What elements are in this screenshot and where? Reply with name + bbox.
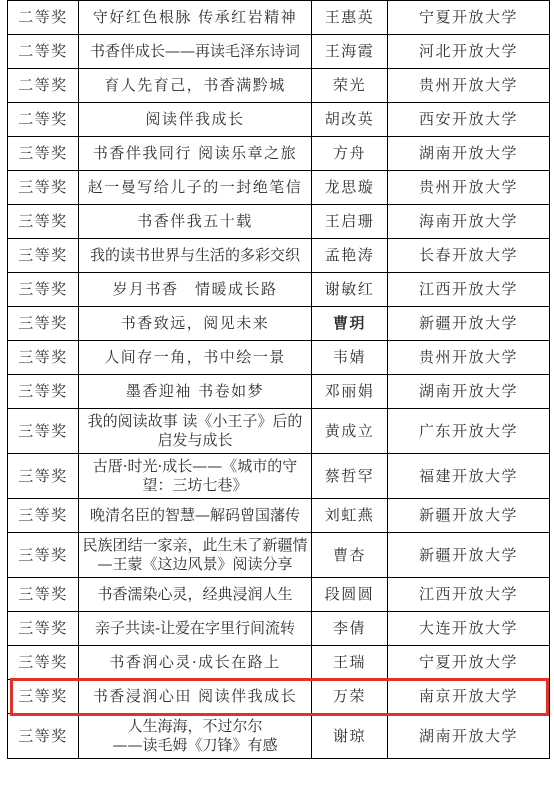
award-cell: 三等奖: [8, 612, 79, 646]
award-cell: 三等奖: [8, 341, 79, 375]
award-cell: 三等奖: [8, 578, 79, 612]
name-cell: 邓丽娟: [312, 375, 388, 409]
school-cell: 福建开放大学: [388, 454, 550, 499]
school-cell: 宁夏开放大学: [388, 1, 550, 35]
table-row: 三等奖 我的读书世界与生活的多彩交织 孟艳涛 长春开放大学: [8, 239, 550, 273]
name-cell: 孟艳涛: [312, 239, 388, 273]
table-row: 二等奖 书香伴成长——再读毛泽东诗词 王海霞 河北开放大学: [8, 35, 550, 69]
school-cell: 长春开放大学: [388, 239, 550, 273]
name-cell: 李倩: [312, 612, 388, 646]
title-cell: 古厝·时光·成长——《城市的守望：三坊七巷》: [79, 454, 312, 499]
name-cell: 万荣: [312, 680, 388, 714]
name-cell: 蔡哲罕: [312, 454, 388, 499]
award-cell: 三等奖: [8, 375, 79, 409]
title-cell: 书香伴成长——再读毛泽东诗词: [79, 35, 312, 69]
school-cell: 贵州开放大学: [388, 341, 550, 375]
title-cell: 书香浸润心田 阅读伴我成长: [79, 680, 312, 714]
school-cell: 海南开放大学: [388, 205, 550, 239]
name-cell: 黄成立: [312, 409, 388, 454]
table-row: 三等奖 岁月书香 情暖成长路 谢敏红 江西开放大学: [8, 273, 550, 307]
title-cell: 人间存一角，书中绘一景: [79, 341, 312, 375]
awards-table: 二等奖 守好红色根脉 传承红岩精神 王惠英 宁夏开放大学 二等奖 书香伴成长——…: [7, 0, 550, 759]
award-cell: 三等奖: [8, 307, 79, 341]
school-cell: 大连开放大学: [388, 612, 550, 646]
school-cell: 新疆开放大学: [388, 533, 550, 578]
name-cell: 王海霞: [312, 35, 388, 69]
table-row: 三等奖 古厝·时光·成长——《城市的守望：三坊七巷》 蔡哲罕 福建开放大学: [8, 454, 550, 499]
school-cell: 江西开放大学: [388, 273, 550, 307]
school-cell: 新疆开放大学: [388, 307, 550, 341]
name-cell: 方舟: [312, 137, 388, 171]
school-cell: 西安开放大学: [388, 103, 550, 137]
table-row: 二等奖 阅读伴我成长 胡改英 西安开放大学: [8, 103, 550, 137]
name-cell: 胡改英: [312, 103, 388, 137]
name-cell: 曹玥: [312, 307, 388, 341]
table-row: 三等奖 人间存一角，书中绘一景 韦婧 贵州开放大学: [8, 341, 550, 375]
school-cell: 宁夏开放大学: [388, 646, 550, 680]
title-cell: 书香濡染心灵，经典浸润人生: [79, 578, 312, 612]
title-cell: 育人先育己，书香满黔城: [79, 69, 312, 103]
school-cell: 江西开放大学: [388, 578, 550, 612]
table-row: 二等奖 守好红色根脉 传承红岩精神 王惠英 宁夏开放大学: [8, 1, 550, 35]
title-cell: 民族团结一家亲，此生未了新疆情—王蒙《这边风景》阅读分享: [79, 533, 312, 578]
award-cell: 三等奖: [8, 499, 79, 533]
award-cell: 二等奖: [8, 35, 79, 69]
school-cell: 新疆开放大学: [388, 499, 550, 533]
table-row: 三等奖 赵一曼写给儿子的一封绝笔信 龙思璇 贵州开放大学: [8, 171, 550, 205]
award-cell: 三等奖: [8, 205, 79, 239]
award-cell: 三等奖: [8, 454, 79, 499]
name-cell: 荣光: [312, 69, 388, 103]
name-cell: 谢敏红: [312, 273, 388, 307]
title-cell: 墨香迎袖 书卷如梦: [79, 375, 312, 409]
table-row: 三等奖 晚清名臣的智慧—解码曾国藩传 刘虹燕 新疆开放大学: [8, 499, 550, 533]
name-cell: 曹杏: [312, 533, 388, 578]
name-cell: 韦婧: [312, 341, 388, 375]
name-cell: 龙思璇: [312, 171, 388, 205]
table-row-highlighted: 三等奖 书香浸润心田 阅读伴我成长 万荣 南京开放大学: [8, 680, 550, 714]
table-row: 三等奖 民族团结一家亲，此生未了新疆情—王蒙《这边风景》阅读分享 曹杏 新疆开放…: [8, 533, 550, 578]
table-row: 三等奖 书香濡染心灵，经典浸润人生 段圆圆 江西开放大学: [8, 578, 550, 612]
school-cell: 湖南开放大学: [388, 375, 550, 409]
table-row: 三等奖 书香伴我五十载 王启珊 海南开放大学: [8, 205, 550, 239]
table-row: 三等奖 我的阅读故事 读《小王子》后的启发与成长 黄成立 广东开放大学: [8, 409, 550, 454]
title-cell: 我的阅读故事 读《小王子》后的启发与成长: [79, 409, 312, 454]
title-cell: 赵一曼写给儿子的一封绝笔信: [79, 171, 312, 205]
name-cell: 谢琼: [312, 714, 388, 759]
award-cell: 三等奖: [8, 239, 79, 273]
school-cell: 湖南开放大学: [388, 714, 550, 759]
award-cell: 三等奖: [8, 533, 79, 578]
award-cell: 三等奖: [8, 409, 79, 454]
title-cell: 我的读书世界与生活的多彩交织: [79, 239, 312, 273]
title-cell: 阅读伴我成长: [79, 103, 312, 137]
school-cell: 广东开放大学: [388, 409, 550, 454]
school-cell: 贵州开放大学: [388, 171, 550, 205]
table-row: 三等奖 书香伴我同行 阅读乐章之旅 方舟 湖南开放大学: [8, 137, 550, 171]
award-cell: 二等奖: [8, 1, 79, 35]
award-cell: 三等奖: [8, 714, 79, 759]
table-row: 三等奖 墨香迎袖 书卷如梦 邓丽娟 湖南开放大学: [8, 375, 550, 409]
name-cell: 王启珊: [312, 205, 388, 239]
table-row: 二等奖 育人先育己，书香满黔城 荣光 贵州开放大学: [8, 69, 550, 103]
school-cell: 河北开放大学: [388, 35, 550, 69]
school-cell: 贵州开放大学: [388, 69, 550, 103]
name-cell: 段圆圆: [312, 578, 388, 612]
school-cell: 南京开放大学: [388, 680, 550, 714]
title-cell: 晚清名臣的智慧—解码曾国藩传: [79, 499, 312, 533]
award-cell: 二等奖: [8, 69, 79, 103]
title-cell: 书香致远，阅见未来: [79, 307, 312, 341]
award-cell: 三等奖: [8, 680, 79, 714]
table-row: 三等奖 书香润心灵·成长在路上 王瑞 宁夏开放大学: [8, 646, 550, 680]
title-cell: 岁月书香 情暖成长路: [79, 273, 312, 307]
award-cell: 三等奖: [8, 646, 79, 680]
name-cell: 王惠英: [312, 1, 388, 35]
award-cell: 三等奖: [8, 273, 79, 307]
name-cell: 王瑞: [312, 646, 388, 680]
title-cell: 人生海海，不过尔尔 ——读毛姆《刀锋》有感: [79, 714, 312, 759]
award-cell: 二等奖: [8, 103, 79, 137]
title-cell: 书香伴我五十载: [79, 205, 312, 239]
award-cell: 三等奖: [8, 171, 79, 205]
title-cell: 亲子共读-让爱在字里行间流转: [79, 612, 312, 646]
title-cell: 守好红色根脉 传承红岩精神: [79, 1, 312, 35]
table-row: 三等奖 书香致远，阅见未来 曹玥 新疆开放大学: [8, 307, 550, 341]
table-row: 三等奖 亲子共读-让爱在字里行间流转 李倩 大连开放大学: [8, 612, 550, 646]
title-cell: 书香润心灵·成长在路上: [79, 646, 312, 680]
table-row: 三等奖 人生海海，不过尔尔 ——读毛姆《刀锋》有感 谢琼 湖南开放大学: [8, 714, 550, 759]
award-cell: 三等奖: [8, 137, 79, 171]
school-cell: 湖南开放大学: [388, 137, 550, 171]
title-cell: 书香伴我同行 阅读乐章之旅: [79, 137, 312, 171]
name-cell: 刘虹燕: [312, 499, 388, 533]
